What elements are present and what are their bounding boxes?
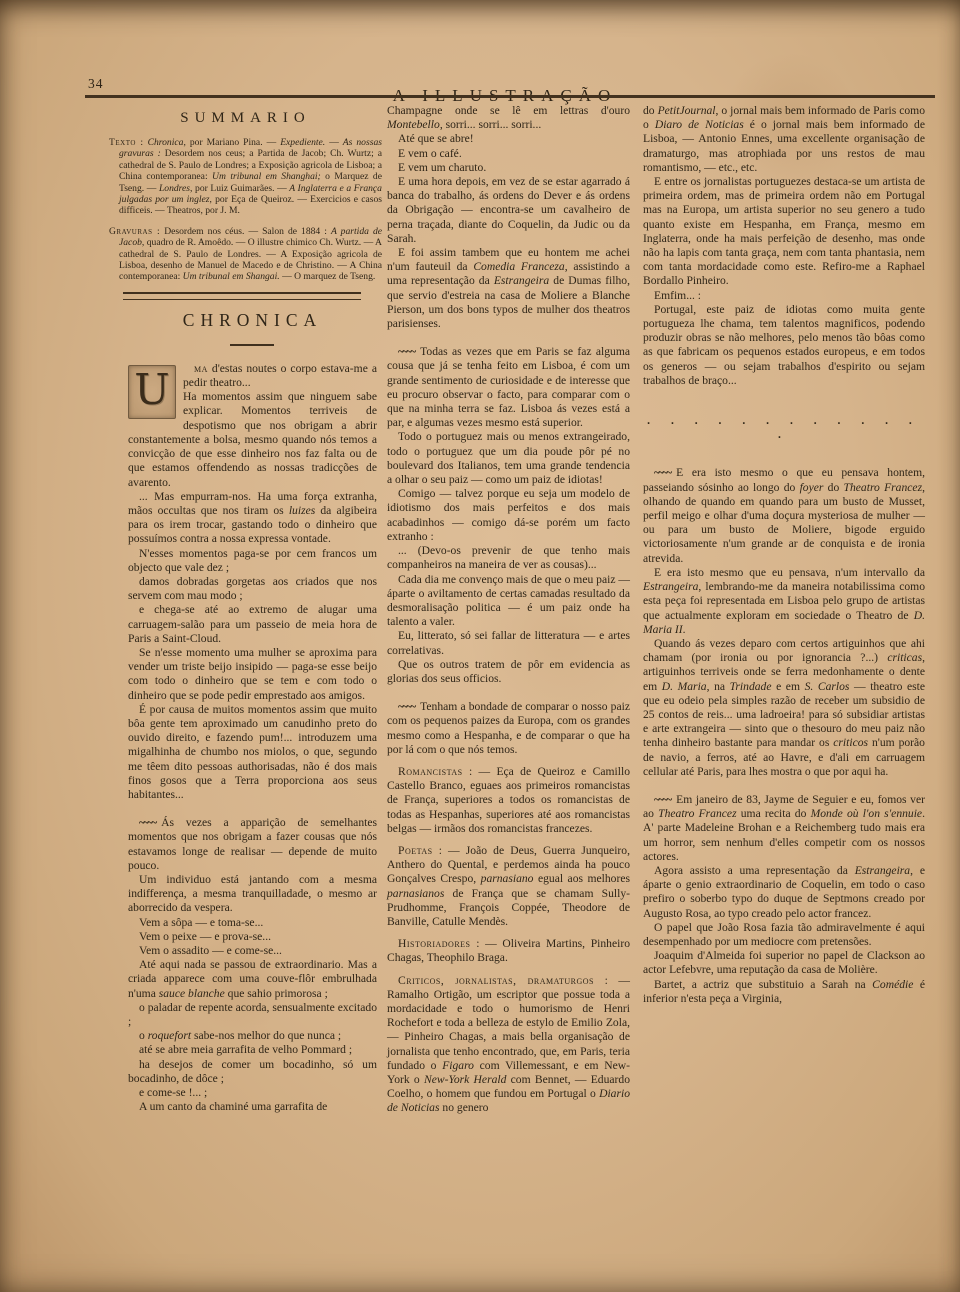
paragraph: ~~~~Todas as vezes que em Paris se faz a…: [387, 345, 630, 430]
paragraph: o paladar de repente acorda, sensualment…: [128, 1001, 377, 1029]
paragraph: E era isto mesmo que eu pensava, n'um in…: [643, 566, 925, 637]
paragraph: A um canto da chaminé uma garrafita de: [128, 1100, 377, 1114]
paragraph: Poetas : — João de Deus, Guerra Junqueir…: [387, 844, 630, 929]
paragraph: ~~~~Em janeiro de 83, Jayme de Seguier e…: [643, 793, 925, 864]
paragraph: Romancistas : — Eça de Queiroz e Camillo…: [387, 765, 630, 836]
squiggle-icon: ~~~~: [398, 700, 414, 713]
paragraph: Uma d'estas noutes o corpo estava-me a p…: [128, 362, 377, 390]
paragraph: Bartet, a actriz que substituio a Sarah …: [643, 978, 925, 1006]
paragraph: ~~~~Ás vezes a apparição de semelhantes …: [128, 816, 377, 873]
paragraph: Cada dia me convenço mais de que o meu p…: [387, 573, 630, 630]
paragraph: Texto : Chronica, por Mariano Pina. — Ex…: [109, 137, 382, 217]
paragraph: E vem um charuto.: [387, 161, 630, 175]
paragraph: ha desejos de comer um bocadinho, só um …: [128, 1058, 377, 1086]
paragraph: Quando ás vezes deparo com certos artigu…: [643, 637, 925, 779]
squiggle-icon: ~~~~: [654, 466, 670, 479]
squiggle-icon: ~~~~: [654, 793, 670, 806]
paragraph: ~~~~Tenham a bondade de comparar o nosso…: [387, 700, 630, 757]
paragraph: Champagne onde se lê em lettras d'ouro M…: [387, 104, 630, 132]
paragraph: E uma hora depois, em vez de se estar ag…: [387, 175, 630, 246]
paragraph: Criticos, jornalistas, dramaturgos : — R…: [387, 974, 630, 1116]
paragraph: Até aqui nada se passou de extraordinari…: [128, 958, 377, 1001]
column-middle: Champagne onde se lê em lettras d'ouro M…: [387, 104, 630, 1116]
paragraph: do PetitJournal, o jornal mais bem infor…: [643, 104, 925, 175]
magazine-page: 34 A ILLUSTRAÇÃO SUMMARIO Texto : Chroni…: [0, 0, 960, 1292]
paragraph: damos dobradas gorgetas aos criados que …: [128, 575, 377, 603]
paragraph: e chega-se até ao extremo de alugar uma …: [128, 603, 377, 646]
paragraph: ~~~~E era isto mesmo o que eu pensava ho…: [643, 466, 925, 565]
chronica-heading: CHRONICA: [128, 310, 377, 331]
paragraph: Vem o assadito — e come-se...: [128, 944, 377, 958]
paragraph: Até que se abre!: [387, 132, 630, 146]
paragraph: Portugal, este paiz de idiotas como muit…: [643, 303, 925, 388]
paragraph: Eu, litterato, só sei fallar de litterat…: [387, 629, 630, 657]
paragraph: Joaquim d'Almeida foi superior no papel …: [643, 949, 925, 977]
dots-separator: . . . . . . . . . . . . .: [643, 414, 925, 442]
paragraph: Vem o peixe — e prova-se...: [128, 930, 377, 944]
paragraph: até se abre meia garrafita de velho Pomm…: [128, 1043, 377, 1057]
paragraph: Se n'esse momento uma mulher se aproxima…: [128, 646, 377, 703]
paragraph: Agora assisto a uma representação da Est…: [643, 864, 925, 921]
paragraph: Comigo — talvez porque eu seja um modelo…: [387, 487, 630, 544]
header-rule: [85, 95, 935, 98]
chronica-dash: [230, 344, 274, 346]
paragraph: Historiadores : — Oliveira Martins, Pinh…: [387, 937, 630, 965]
paragraph: Emfim... :: [643, 289, 925, 303]
summary-list: Texto : Chronica, por Mariano Pina. — Ex…: [109, 137, 382, 283]
paragraph: É por causa de muitos momentos assim que…: [128, 703, 377, 802]
paragraph: E entre os jornalistas portuguezes desta…: [643, 175, 925, 289]
squiggle-icon: ~~~~: [139, 816, 155, 829]
paragraph: o roquefort sabe-nos melhor do que nunca…: [128, 1029, 377, 1043]
paragraph: Um individuo está jantando com a mesma i…: [128, 873, 377, 916]
squiggle-icon: ~~~~: [398, 345, 414, 358]
columns: SUMMARIO Texto : Chronica, por Mariano P…: [85, 104, 925, 1116]
paragraph: ... Mas empurram-nos. Ha uma força extra…: [128, 490, 377, 547]
paragraph: E vem o café.: [387, 147, 630, 161]
paragraph: E foi assim tambem que eu hontem me ache…: [387, 246, 630, 331]
paragraph: N'esses momentos paga-se por cem francos…: [128, 547, 377, 575]
paragraph: Todo o portuguez mais ou menos extrangei…: [387, 430, 630, 487]
paragraph: ... (Devo-os prevenir de que tenho mais …: [387, 544, 630, 572]
dropcap-letter: U: [128, 365, 176, 419]
paragraph: O papel que João Rosa fazia tão admirave…: [643, 921, 925, 949]
column-left: SUMMARIO Texto : Chronica, por Mariano P…: [85, 104, 382, 1114]
paragraph: Vem a sôpa — e toma-se...: [128, 916, 377, 930]
section-divider: [123, 292, 361, 300]
paragraph: Que os outros tratem de pôr em evidencia…: [387, 658, 630, 686]
paragraph: Gravuras : Desordem nos céus. — Salon de…: [109, 226, 382, 283]
summario-heading: SUMMARIO: [109, 110, 382, 127]
paragraph: e come-se !... ;: [128, 1086, 377, 1100]
column-right: do PetitJournal, o jornal mais bem infor…: [643, 104, 925, 1006]
chronica-body: Uma d'estas noutes o corpo estava-me a p…: [128, 362, 377, 1115]
